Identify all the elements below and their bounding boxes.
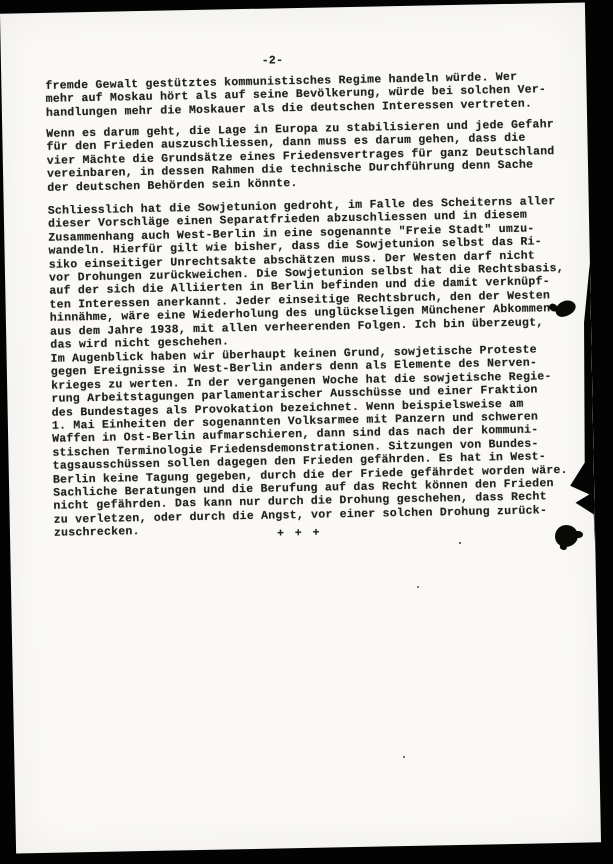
scan-frame: -2- fremde Gewalt gestütztes kommunistis…	[0, 0, 613, 864]
section-separator: + + +	[277, 527, 322, 541]
page-number: -2-	[45, 50, 500, 72]
paragraph: Schliesslich hat die Sowjetunion gedroht…	[48, 195, 566, 352]
ink-blot	[574, 531, 583, 538]
scan-speck	[403, 756, 405, 758]
paragraph: fremde Gewalt gestütztes kommunistisches…	[45, 70, 546, 120]
scan-speck	[459, 542, 461, 544]
scanned-page: -2- fremde Gewalt gestütztes kommunistis…	[0, 2, 601, 853]
paragraph: Wenn es darum geht, die Lage in Europa z…	[46, 118, 555, 195]
scan-speck	[417, 586, 419, 588]
paragraph: Im Augenblick haben wir überhaupt keinen…	[51, 343, 569, 541]
